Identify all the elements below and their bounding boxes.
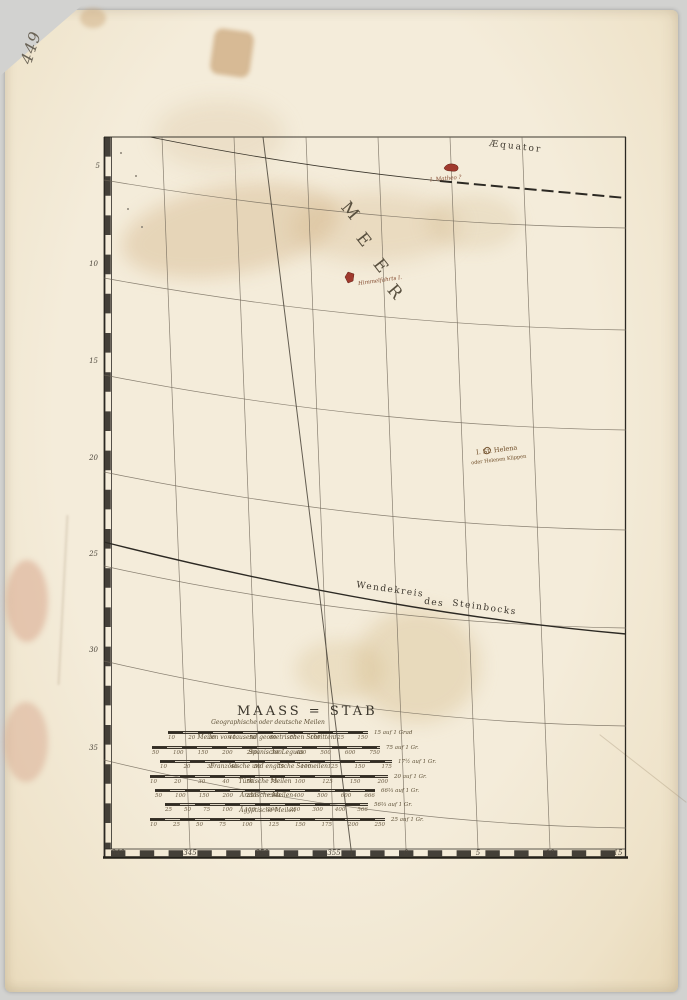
equator-line-thin	[150, 137, 440, 181]
latitude-tick-label: 20	[86, 454, 98, 462]
scale-section-title: MAASS = STAB	[237, 704, 377, 719]
scale-bar-label: Türkische Meilen	[155, 778, 375, 785]
scale-bar-label: Geographische oder deutsche Meilen	[168, 719, 368, 726]
scale-tick-number: 50	[155, 793, 162, 799]
longitude-tick-label: 355	[326, 849, 342, 857]
longitude-tick-label: 15	[610, 849, 626, 857]
latitude-tick-label: 25	[86, 550, 98, 558]
latitude-tick-label: 35	[86, 744, 98, 752]
equator-line-dashed	[440, 181, 626, 198]
scale-tick-number: 50	[196, 822, 203, 828]
scale-bar-note: 25 auf 1 Gr.	[391, 817, 424, 823]
scale-bar-label: Arabische Meilen	[165, 792, 368, 799]
scale-tick-number: 75	[219, 822, 226, 828]
latitude-tick-label: 10	[86, 260, 98, 268]
scale-tick-number: 250	[375, 822, 386, 828]
scale-tick-number: 25	[173, 822, 180, 828]
meridian-line	[378, 137, 406, 849]
longitude-tick-label: 0	[398, 849, 414, 857]
parallel-line	[104, 472, 626, 530]
latitude-tick-label: 15	[86, 357, 98, 365]
longitude-tick-label: 10	[542, 849, 558, 857]
longitude-tick-label: 340	[110, 849, 126, 857]
longitude-tick-label: 5	[470, 849, 486, 857]
scale-tick-number: 100	[242, 822, 253, 828]
meridian-line	[306, 137, 334, 849]
scale-tick-number: 150	[295, 822, 306, 828]
scale-tick-number: 10	[150, 822, 157, 828]
scale-tick-number: 50	[152, 750, 159, 756]
scale-tick-number: 175	[322, 822, 333, 828]
meridian-line	[234, 137, 262, 849]
parallel-line	[104, 566, 626, 628]
scale-bar-label: Französische und englische Seemeilen	[150, 763, 388, 770]
scale-bar	[165, 803, 368, 806]
scale-tick-number: 200	[377, 779, 388, 785]
scale-bar-note: 20 auf 1 Gr.	[394, 774, 427, 780]
longitude-tick-label: 350	[254, 849, 270, 857]
parallel-line	[104, 375, 626, 430]
scale-bar-label: Ägyptische Meilen	[150, 807, 385, 814]
scale-bar-ticks: 10255075100125150175200250	[150, 822, 385, 828]
latitude-tick-label: 5	[88, 162, 100, 170]
scale-bar	[150, 818, 385, 821]
meridian-line	[450, 137, 478, 849]
latitude-tick-label: 30	[86, 646, 98, 654]
map-graticule-svg	[0, 0, 687, 1000]
scanned-map-sheet: 449 Æquator M E E R I. Matheo ? Himmelfa…	[0, 0, 687, 1000]
scale-bar-label: Meilen von tausend geometrischen Schritt…	[152, 734, 380, 741]
scale-bar-note: 17½ auf 1 Gr.	[398, 759, 436, 765]
meridian-line	[522, 137, 550, 849]
scale-bar-note: 66⅔ auf 1 Gr.	[381, 788, 419, 794]
scale-bar-label: Spanische Leguas	[160, 749, 392, 756]
parallel-line	[104, 180, 626, 228]
island-shape-matheo	[444, 164, 458, 171]
scale-tick-number: 125	[269, 822, 280, 828]
meridian-line	[162, 137, 190, 849]
island-shape-himmelfahrts	[345, 272, 354, 283]
longitude-tick-label: 345	[182, 849, 198, 857]
scale-tick-number: 200	[348, 822, 359, 828]
